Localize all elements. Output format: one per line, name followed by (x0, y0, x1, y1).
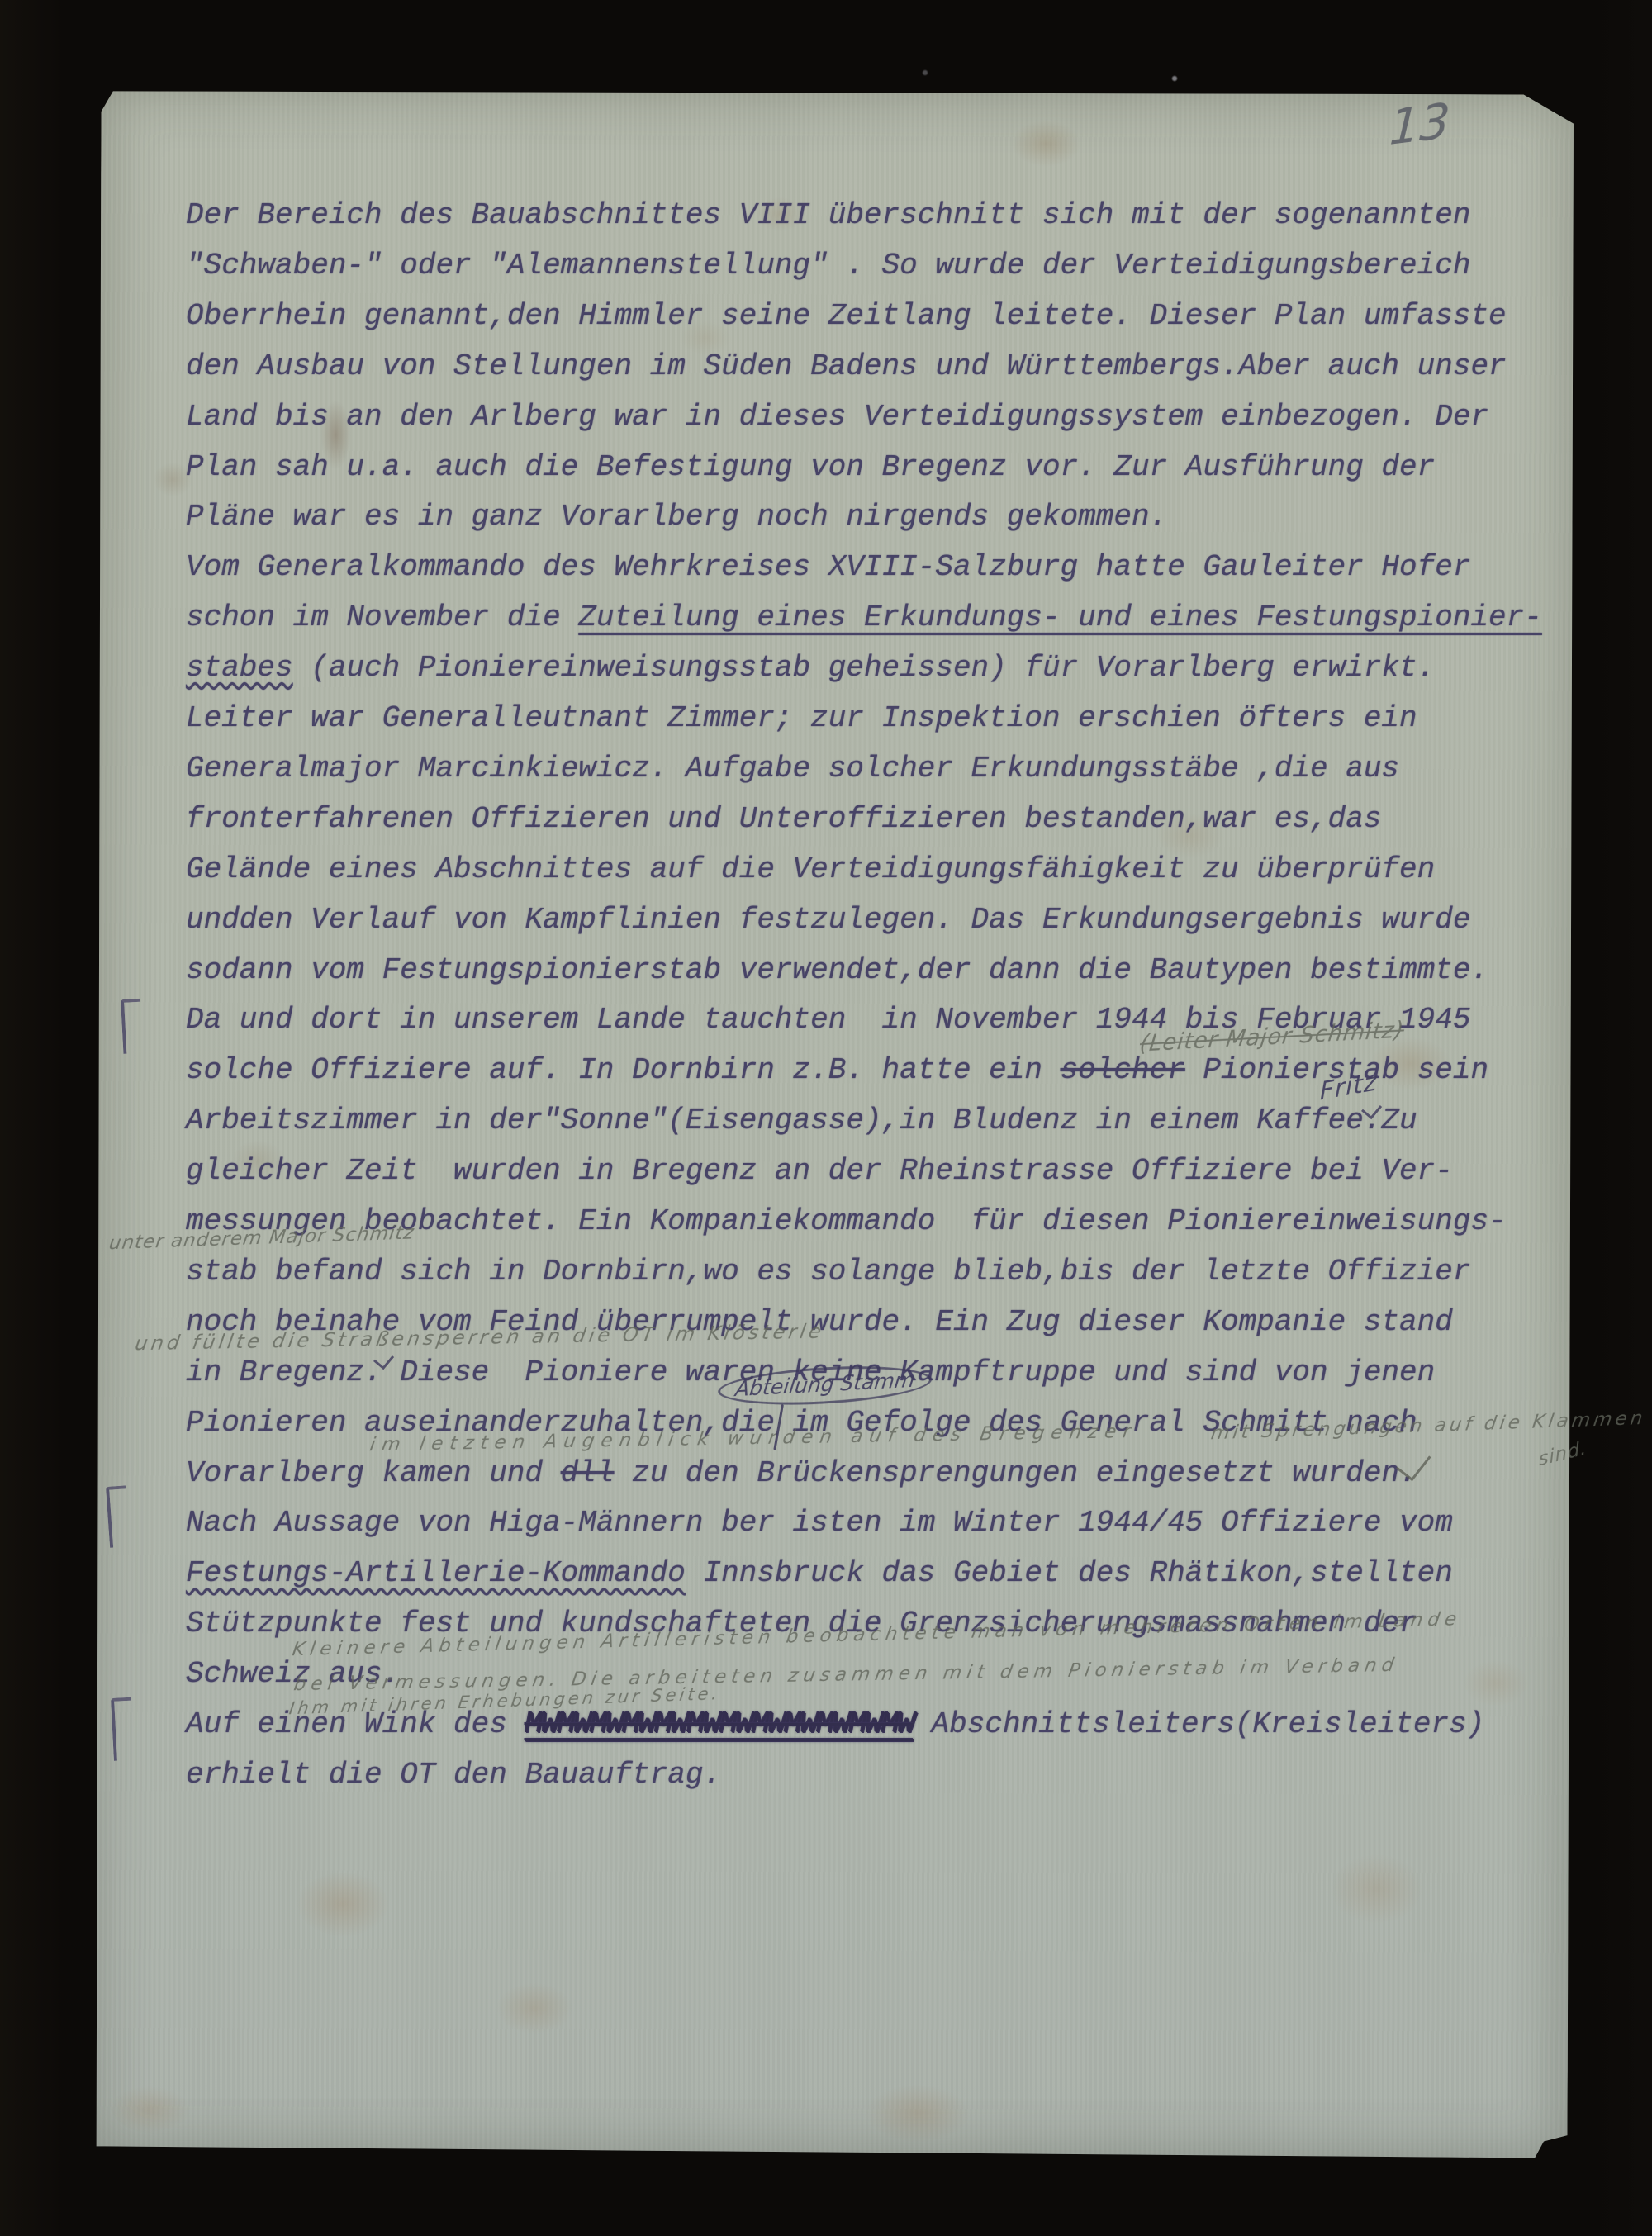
margin-bracket-mark (111, 1697, 134, 1761)
check-mark (1396, 1445, 1431, 1482)
margin-bracket-mark (121, 999, 143, 1054)
margin-marks-layer (0, 0, 1652, 2236)
insertion-caret-mark (373, 1349, 394, 1370)
insertion-caret-mark (1361, 1099, 1382, 1120)
scan-background: Der Bereich des Bauabschnittes VIII über… (0, 0, 1652, 2236)
margin-bracket-mark (106, 1485, 130, 1547)
annotation-arrow (773, 1404, 784, 1450)
